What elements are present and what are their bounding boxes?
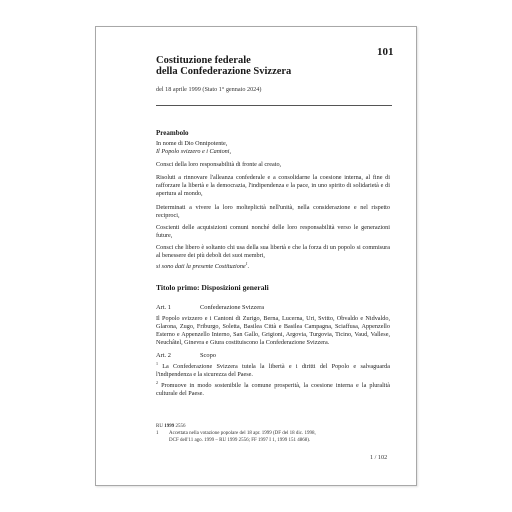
preamble-heading: Preambolo [156, 129, 189, 137]
page-indicator: 1 / 102 [370, 454, 387, 461]
ru-prefix: RU [156, 424, 164, 429]
article-2-label: Art. 2 [156, 352, 171, 359]
paragraph-text: Promuove in modo sostenibile la comune p… [156, 382, 390, 397]
paragraph-text: La Confederazione Svizzera tutela la lib… [156, 363, 390, 378]
document-date: del 18 aprile 1999 (Stato 1° gennaio 202… [156, 86, 261, 93]
article-1-text: Il Popolo svizzero e i Cantoni di Zurigo… [156, 315, 390, 347]
preamble-paragraph: Risoluti a rinnovare l'alleanza confeder… [156, 174, 390, 198]
subject-text: Il Popolo svizzero e i Cantoni, [156, 148, 390, 156]
preamble-paragraph: Consci della loro responsabilità di fron… [156, 161, 390, 169]
preamble-paragraph: Coscienti delle acquisizioni comuni nonc… [156, 224, 390, 240]
preamble-invocation: In nome di Dio Onnipotente, Il Popolo sv… [156, 140, 390, 156]
title-divider [156, 105, 392, 106]
preamble-closing: si sono dati la presente Costituzione1. [156, 263, 390, 271]
title-line-1: Costituzione federale [156, 55, 291, 66]
ru-year: 1999 [164, 424, 174, 429]
paragraph-number: 2 [156, 380, 158, 385]
article-2-paragraph-2: 2 Promuove in modo sostenibile la comune… [156, 382, 390, 398]
footnote-line-2: DCF dell'11 ago. 1999 – RU 1999 2556; FF… [169, 438, 391, 445]
preamble-paragraph: Determinati a vivere la loro molteplicit… [156, 204, 390, 220]
article-1-label: Art. 1 [156, 304, 171, 311]
footnote-number: 1 [156, 431, 159, 438]
closing-text: si sono dati la presente Costituzione [156, 263, 246, 270]
closing-end: . [248, 263, 250, 270]
sr-number: 101 [377, 46, 394, 58]
article-1-title: Confederazione Svizzera [200, 304, 264, 311]
ru-reference: RU 1999 2556 [156, 424, 185, 431]
article-2-paragraph-1: 1 La Confederazione Svizzera tutela la l… [156, 363, 390, 379]
paragraph-number: 1 [156, 361, 158, 366]
ru-page: 2556 [174, 424, 185, 429]
invocation-text: In nome di Dio Onnipotente, [156, 140, 390, 148]
title-one-heading: Titolo primo: Disposizioni generali [156, 283, 269, 292]
footnote-text: Accettata nella votazione popolare del 1… [169, 431, 391, 444]
document-title: Costituzione federale della Confederazio… [156, 55, 291, 77]
preamble-paragraph: Consci che libero è soltanto chi usa del… [156, 244, 390, 260]
article-2-title: Scopo [200, 352, 216, 359]
title-line-2: della Confederazione Svizzera [156, 66, 291, 77]
